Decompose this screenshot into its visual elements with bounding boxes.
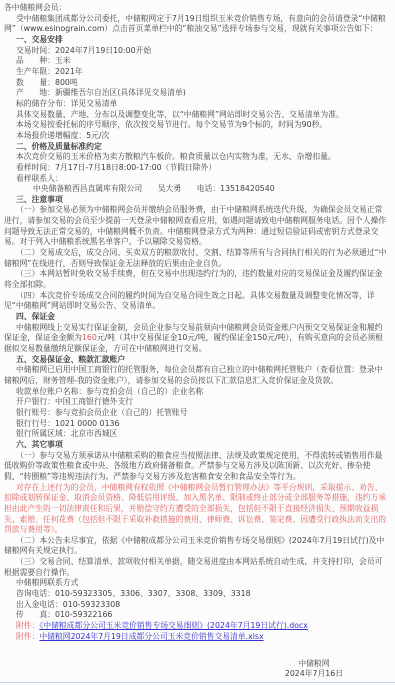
consult-phone-line: 咨询电话：010-59323305、3306、3307、3308、3309、33…	[16, 589, 390, 600]
contact-person-line: 中央储备粮西昌直属库有限公司 吴大勇 电话：13518420540	[33, 184, 390, 195]
section-1-title: 一、交易安排	[16, 35, 390, 46]
variety-line: 品 种：玉米	[16, 56, 390, 67]
deposit-paragraph: 中储粮网线上交易实行保证金制，会员企业参与交易前须向中储粮网会员资金账户内预交交…	[4, 323, 390, 355]
signature-date: 2024年7月16日	[285, 669, 343, 680]
notice-paragraph-1: （一）参加交易必须为中储粮网会员并缴纳会员服务费，由于中储粮网系统迭代升级，为确…	[4, 205, 390, 248]
bottom-divider	[0, 682, 395, 683]
red-warning-paragraph: 对存在上述行为的会员，中储粮网有权依照《中储粮网会员暂行管理办法》等平台规则，采…	[4, 483, 390, 536]
attachment-row-list: 附件：中储粮网2024年7月19日成都分公司玉米竞价销售交易清单.xlsx	[16, 632, 390, 643]
fund-phone-line: 出入金电话：010-59323308	[16, 600, 390, 611]
other-paragraph-1: （一）参与交易方须承诺从中储粮采购的粮食应当按照法律、法规及政策规定使用，不得流…	[4, 451, 390, 483]
fax-line: 传 真：010-59322166	[16, 610, 390, 621]
announcement-document: 各中储粮网会员： 受中储粮集团成都分公司委托，中储粮网定于7月19日组织玉米竞价…	[0, 0, 395, 685]
attachment-link-rules-docx[interactable]: 《中储粮成都分公司玉米竞价销售专场交易细则》(2024年7月19日试行).doc…	[39, 621, 308, 630]
bank-code-line: 银行行号：1021 0000 0136	[16, 419, 390, 430]
inspection-contact-label: 看样联系人：	[16, 174, 390, 185]
notice-paragraph-4: （四）本次竞价专场成交合同的履约时间为自交易合同生效之日起。具体交易数量及调整变…	[4, 291, 390, 312]
attachment-row-rules: 附件：《中储粮成都分公司玉米竞价销售专场交易细则》(2024年7月19日试行).…	[16, 621, 390, 632]
bank-name-line: 开户银行：中国工商银行德外支行	[16, 397, 390, 408]
section-4-title: 四、保证金	[16, 312, 390, 323]
bid-increment-line: 本场报价递增幅度：5元/次	[16, 131, 390, 142]
intro-paragraph: 受中储粮集团成都分公司委托，中储粮网定于7月19日组织玉米竞价销售专场，有意向的…	[4, 14, 390, 35]
bank-account-line: 银行账号：参与竞拍会员企业（自己的）托管账号	[16, 408, 390, 419]
section-2-title: 二、价格及质量标准约定	[16, 142, 390, 153]
signature-org: 中储粮网	[285, 659, 343, 670]
other-paragraph-2: （二）本公告未尽事宜，依据《中储粮成都分公司玉米竞价销售专场交易细则》(2024…	[4, 536, 390, 557]
origin-line: 产 地：新疆维吾尔自治区(具体详见交易清单)	[16, 88, 390, 99]
section-3-title: 三、注意事项	[16, 195, 390, 206]
contact-heading: 中储粮网联系方式	[16, 578, 390, 589]
signature-block: 中储粮网 2024年7月16日	[285, 659, 343, 680]
deposit-amount-highlight: 160	[82, 333, 97, 342]
section-5-title: 五、交易保证金、粮款汇款账户	[16, 355, 390, 366]
inspection-time-line: 看样时间：7月17日-7月18日8:00-17:00（节假日除外）	[16, 163, 390, 174]
notice-paragraph-2: （二）交易成交后，成交合同、买卖双方的粮款收付、交割、结算等所有与合同执行相关的…	[4, 248, 390, 269]
attachment-link-list-xlsx[interactable]: 中储粮网2024年7月19日成都分公司玉米竞价销售交易清单.xlsx	[39, 632, 263, 641]
storage-distribution-line: 标的储存分布：详见交易清单	[16, 99, 390, 110]
production-year-line: 生产年限：2021年	[16, 67, 390, 78]
price-quality-line: 本次竞价交易的玉米价格为卖方散粮汽车板价。粮食质量以仓内实物为准，无水、杂增扣量…	[16, 152, 390, 163]
other-paragraph-3: （三）交易合同、结算清单、款项收付相关单据，随交易进度由本网站系统自动生成，并支…	[4, 557, 390, 578]
custody-paragraph: 中储粮网已启用中国工商银行的托管服务，每位会员都有自己独立的中储粮网托管账户（查…	[4, 365, 390, 386]
notice-paragraph-3: （三）本网站暂时免收交易手续费，但在交易中出现违约行为的，违约数量对应的交易保证…	[4, 269, 390, 290]
bank-region-line: 银行所属区域：北京市西城区	[16, 429, 390, 440]
trade-time-line: 交易时间：2024年7月19日10:00开始	[16, 46, 390, 57]
session-rule-line: 本场交易按委托标的序号顺序，依次按交易节进行。每个交易节为9个标的，时间为90秒…	[16, 120, 390, 131]
attachment-label: 附件：	[16, 632, 39, 641]
payee-name-line: 收款单位账户名称：参与竞拍会员（自己的）企业名称	[16, 387, 390, 398]
section-6-title: 六、其它事项	[16, 440, 390, 451]
quantity-line: 数 量：800吨	[16, 78, 390, 89]
attachment-label: 附件：	[16, 621, 39, 630]
notice-line: 具体交易数量、产地、分布以及调整变化等，以“中储粮网”网站即时交易公告、交易清单…	[16, 110, 390, 121]
salutation: 各中储粮网会员：	[4, 3, 390, 14]
